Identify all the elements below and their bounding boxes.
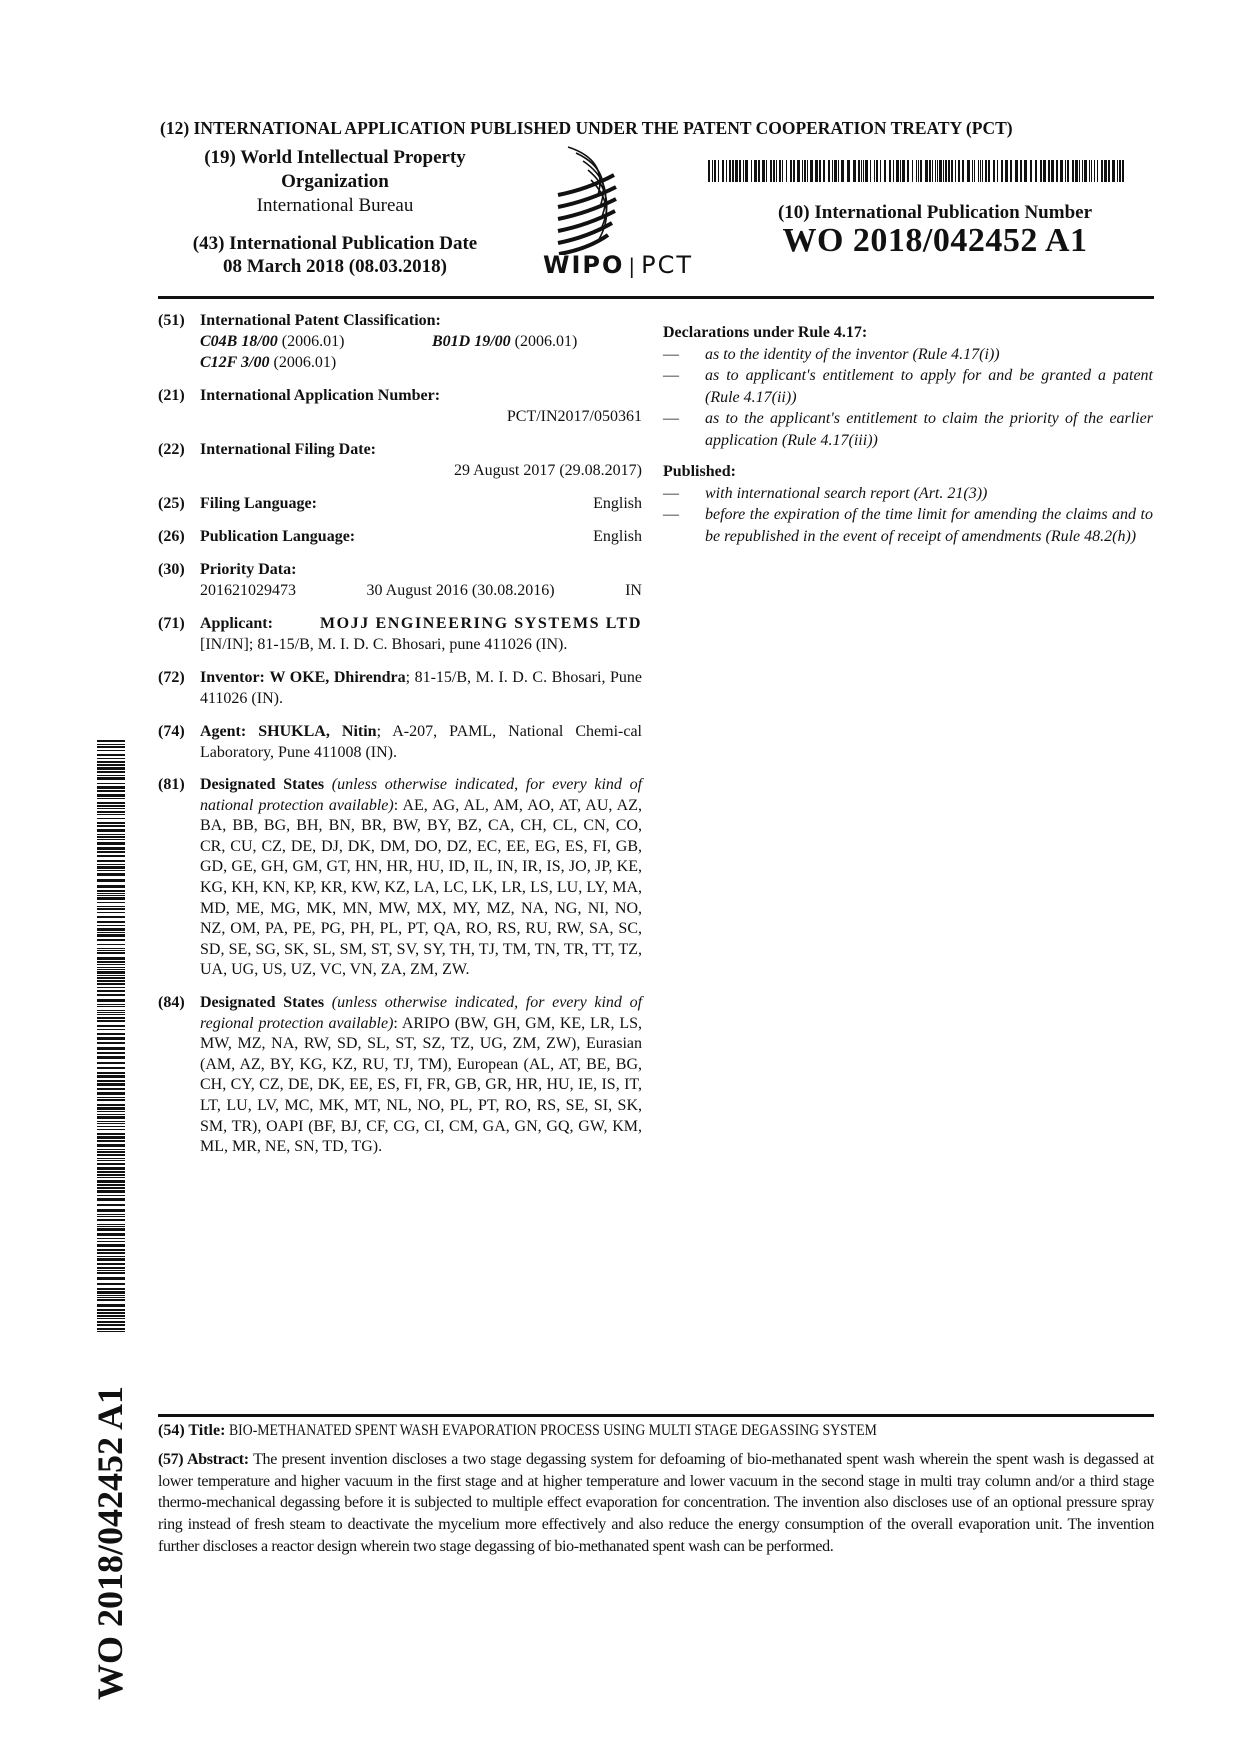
ipc-version: (2006.01)	[282, 333, 345, 350]
field-label: International Patent Classification:	[200, 310, 642, 331]
declaration-item: —as to applicant's entitlement to apply …	[663, 365, 1153, 408]
field-number: (30)	[158, 559, 185, 580]
declaration-text: as to applicant's entitlement to apply f…	[705, 367, 1153, 406]
wipo-pct-logo-text: WIPO|PCT	[528, 251, 708, 279]
abstract: (57) Abstract: The present invention dis…	[158, 1449, 1154, 1558]
application-number: PCT/IN2017/050361	[200, 406, 642, 427]
dash-bullet: —	[663, 408, 679, 430]
field-number: (51)	[158, 310, 185, 331]
national-states-list: : AE, AG, AL, AM, AO, AT, AU, AZ, BA, BB…	[200, 797, 642, 979]
abstract-text: The present invention discloses a two st…	[158, 1451, 1154, 1555]
field-number: (81)	[158, 775, 185, 796]
declarations-column: Declarations under Rule 4.17: —as to the…	[663, 322, 1153, 547]
header-divider	[158, 296, 1154, 299]
dash-bullet: —	[663, 504, 679, 526]
bibliographic-data-column: (51) International Patent Classification…	[158, 310, 642, 1170]
declaration-item: —as to the identity of the inventor (Rul…	[663, 344, 1153, 366]
ipc-code: C12F 3/00	[200, 354, 270, 371]
logo-separator: |	[628, 254, 637, 278]
title-divider	[158, 1414, 1154, 1417]
field-priority-data: (30) Priority Data: 201621029473 30 Augu…	[158, 559, 642, 601]
logo-pct-text: PCT	[641, 251, 693, 279]
barcode-icon	[708, 160, 1126, 182]
field-filing-date: (22) International Filing Date: 29 Augus…	[158, 439, 642, 481]
logo-wipo-text: WIPO	[543, 251, 624, 279]
declaration-text: as to the applicant's entitlement to cla…	[705, 410, 1153, 449]
field-label: Agent:	[200, 723, 246, 740]
publication-date-label: (43) International Publication Date	[170, 232, 500, 255]
inventor-name: W OKE, Dhirendra	[269, 669, 405, 686]
published-text: before the expiration of the time limit …	[705, 506, 1153, 545]
field-filing-language: (25) Filing Language: English	[158, 493, 642, 514]
abstract-label: (57) Abstract:	[158, 1451, 249, 1468]
published-text: with international search report (Art. 2…	[705, 485, 987, 502]
declarations-heading: Declarations under Rule 4.17:	[663, 322, 1153, 344]
ipc-code: C04B 18/00	[200, 333, 278, 350]
priority-number: 201621029473	[200, 580, 296, 601]
dash-bullet: —	[663, 344, 679, 366]
side-barcode-icon	[97, 740, 125, 1332]
field-label: International Application Number:	[200, 385, 642, 406]
published-item: —before the expiration of the time limit…	[663, 504, 1153, 547]
field-designated-regional: (84) Designated States (unless otherwise…	[158, 993, 642, 1158]
agent-name: SHUKLA, Nitin	[258, 723, 376, 740]
vertical-publication-number: WO 2018/042452 A1	[90, 1450, 130, 1700]
title-text: BIO-METHANATED SPENT WASH EVAPORATION PR…	[229, 1422, 877, 1440]
field-label: Designated States	[200, 776, 324, 793]
field-label: Priority Data:	[200, 559, 642, 580]
issuing-organization: (19) World Intellectual Property Organiz…	[170, 146, 500, 218]
field-label: Applicant:	[200, 613, 273, 634]
publication-date-block: (43) International Publication Date 08 M…	[170, 232, 500, 278]
field-label: Filing Language:	[200, 493, 317, 514]
org-bureau: International Bureau	[170, 194, 500, 218]
published-item: —with international search report (Art. …	[663, 483, 1153, 505]
publication-date: 08 March 2018 (08.03.2018)	[170, 255, 500, 278]
ipc-version: (2006.01)	[274, 354, 337, 371]
field-publication-language: (26) Publication Language: English	[158, 526, 642, 547]
applicant-address: [IN/IN]; 81-15/B, M. I. D. C. Bhosari, p…	[200, 634, 642, 655]
field-designated-national: (81) Designated States (unless otherwise…	[158, 775, 642, 981]
org-name-line-2: Organization	[170, 170, 500, 194]
field-number: (25)	[158, 493, 185, 514]
field-label: International Filing Date:	[200, 439, 642, 460]
ipc-code: B01D 19/00	[432, 333, 511, 350]
invention-title: (54) Title: BIO-METHANATED SPENT WASH EV…	[158, 1422, 1154, 1440]
field-number: (26)	[158, 526, 185, 547]
dash-bullet: —	[663, 483, 679, 505]
field-agent: (74) Agent: SHUKLA, Nitin; A-207, PAML, …	[158, 721, 642, 763]
field-number: (74)	[158, 721, 185, 742]
field-label: Inventor:	[200, 669, 265, 686]
field-inventor: (72) Inventor: W OKE, Dhirendra; 81-15/B…	[158, 667, 642, 709]
inventor-address: ; 81-15/B, M. I. D. C. Bhosari, Pune 411…	[200, 669, 642, 707]
field-number: (21)	[158, 385, 185, 406]
published-heading: Published:	[663, 461, 1153, 483]
field-applicant: (71) Applicant: MOJJ ENGINEERING SYSTEMS…	[158, 613, 642, 655]
declaration-item: —as to the applicant's entitlement to cl…	[663, 408, 1153, 451]
publication-language: English	[593, 526, 642, 547]
field-application-number: (21) International Application Number: P…	[158, 385, 642, 427]
ipc-version: (2006.01)	[515, 333, 578, 350]
priority-country: IN	[625, 580, 642, 601]
field-number: (22)	[158, 439, 185, 460]
title-label: (54) Title:	[158, 1422, 225, 1439]
org-field-number: (19)	[204, 147, 236, 168]
priority-date: 30 August 2016 (30.08.2016)	[367, 580, 555, 601]
field-ipc: (51) International Patent Classification…	[158, 310, 642, 373]
publication-number-label: (10) International Publication Number	[745, 202, 1125, 224]
filing-date: 29 August 2017 (29.08.2017)	[200, 460, 642, 481]
publication-number: WO 2018/042452 A1	[745, 222, 1125, 260]
regional-states-list: : ARIPO (BW, GH, GM, KE, LR, LS, MW, MZ,…	[200, 1015, 642, 1156]
field-number: (71)	[158, 613, 185, 634]
filing-language: English	[593, 493, 642, 514]
document-type-heading: (12) INTERNATIONAL APPLICATION PUBLISHED…	[160, 118, 1120, 139]
field-label: Designated States	[200, 994, 324, 1011]
declaration-text: as to the identity of the inventor (Rule…	[705, 346, 1000, 363]
applicant-name: MOJJ ENGINEERING SYSTEMS LTD	[320, 613, 642, 634]
org-name-line-1: World Intellectual Property	[240, 147, 466, 168]
field-label: Publication Language:	[200, 526, 355, 547]
field-number: (84)	[158, 993, 185, 1014]
dash-bullet: —	[663, 365, 679, 387]
field-number: (72)	[158, 667, 185, 688]
